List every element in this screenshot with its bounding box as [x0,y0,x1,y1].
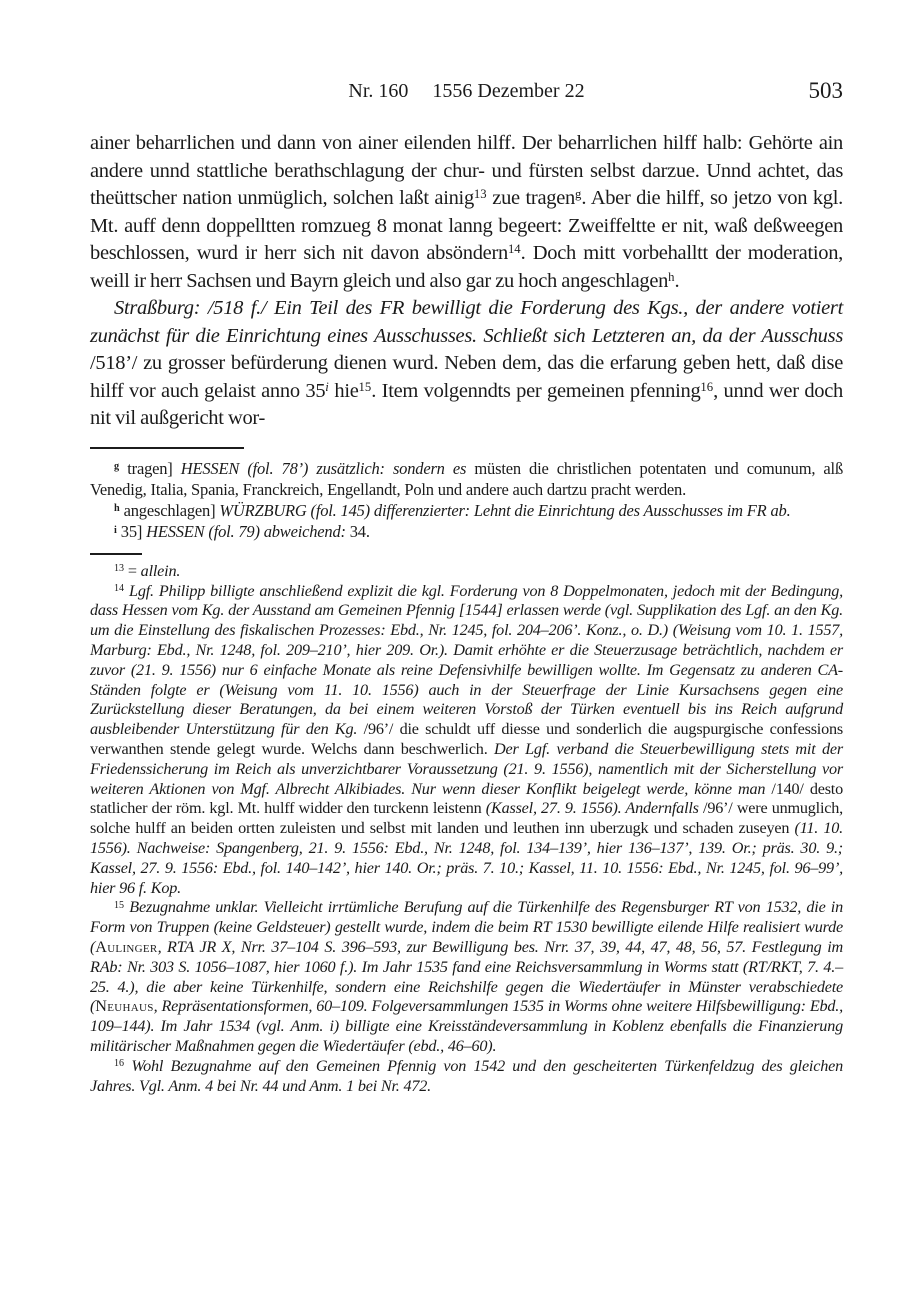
text-run: tragen] [127,459,181,478]
text-run: Wohl Bezugnahme auf den Gemeinen Pfennig… [90,1057,843,1095]
main-text: ainer beharrlichen und dann von ainer ei… [90,130,843,433]
text-run: 34. [350,522,370,541]
text-run: (Kassel, 27. 9. 1556). Andernfalls [486,799,703,817]
text-run: Straßburg: /518 f./ Ein Teil des FR bewi… [90,297,843,347]
text-run: g [575,187,581,201]
text-run: . [674,270,679,292]
footnote-marker: 14 [114,583,124,594]
commentary-footnote-15: 15 Bezugnahme unklar. Vielleicht irrtüml… [90,898,843,1056]
text-run: 14 [508,242,521,256]
body-paragraph-2: Straßburg: /518 f./ Ein Teil des FR bewi… [90,295,843,433]
footnote-marker: g [114,461,119,472]
text-run: angeschlagen] [124,501,220,520]
running-head: Nr. 1601556 Dezember 22 [90,80,843,103]
footnote-marker: 13 [114,563,124,574]
document-date: 1556 Dezember 22 [432,80,584,102]
text-run: h [668,270,674,284]
running-header: Nr. 1601556 Dezember 22 503 [90,80,843,108]
text-run: Aulinger [95,938,157,956]
body-paragraph-1: ainer beharrlichen und dann von ainer ei… [90,130,843,295]
footnote-marker: 15 [114,900,124,911]
text-apparatus-footnotes: g tragen] HESSEN (fol. 78’) zusätzlich: … [90,458,843,543]
text-run: = [128,562,141,580]
commentary-footnote-13: 13 = allein. [90,562,843,582]
commentary-footnote-16: 16 Wohl Bezugnahme auf den Gemeinen Pfen… [90,1057,843,1097]
page-number: 503 [809,78,844,104]
book-page: Nr. 1601556 Dezember 22 503 ainer beharr… [0,0,900,1300]
footnote-marker: 16 [114,1058,124,1069]
commentary-footnote-14: 14 Lgf. Philipp billigte anschließend ex… [90,582,843,899]
text-run: Neuhaus [95,997,153,1015]
text-run: Lgf. Philipp billigte anschließend expli… [90,582,843,739]
text-run: . Item volgenndts per gemeinen pfenning [371,380,700,402]
apparatus-footnote-i: i 35] HESSEN (fol. 79) abweichend: 34. [90,521,843,542]
footnote-marker: i [114,525,117,536]
text-run: i [325,380,329,394]
text-run: allein. [141,562,181,580]
text-run: WÜRZBURG (fol. 145) differenzierter: Leh… [219,501,790,520]
commentary-separator-rule [90,553,142,555]
text-run: HESSEN (fol. 78’) zusätzlich: sondern es [181,459,475,478]
text-run: hie [329,380,359,402]
apparatus-footnote-h: h angeschlagen] WÜRZBURG (fol. 145) diff… [90,500,843,521]
text-run: , Repräsentationsformen, 60–109. Folgeve… [90,997,843,1055]
text-run: HESSEN (fol. 79) abweichend: [146,522,350,541]
text-run: 16 [700,380,713,394]
apparatus-separator-rule [90,447,244,449]
footnote-marker: h [114,503,120,514]
document-number: Nr. 160 [348,80,408,102]
text-run: 15 [359,380,372,394]
text-run: 35] [121,522,146,541]
text-run: zue tragen [487,187,575,209]
text-run: 13 [474,187,487,201]
apparatus-footnote-g: g tragen] HESSEN (fol. 78’) zusätzlich: … [90,458,843,500]
commentary-footnotes: 13 = allein.14 Lgf. Philipp billigte ans… [90,562,843,1097]
